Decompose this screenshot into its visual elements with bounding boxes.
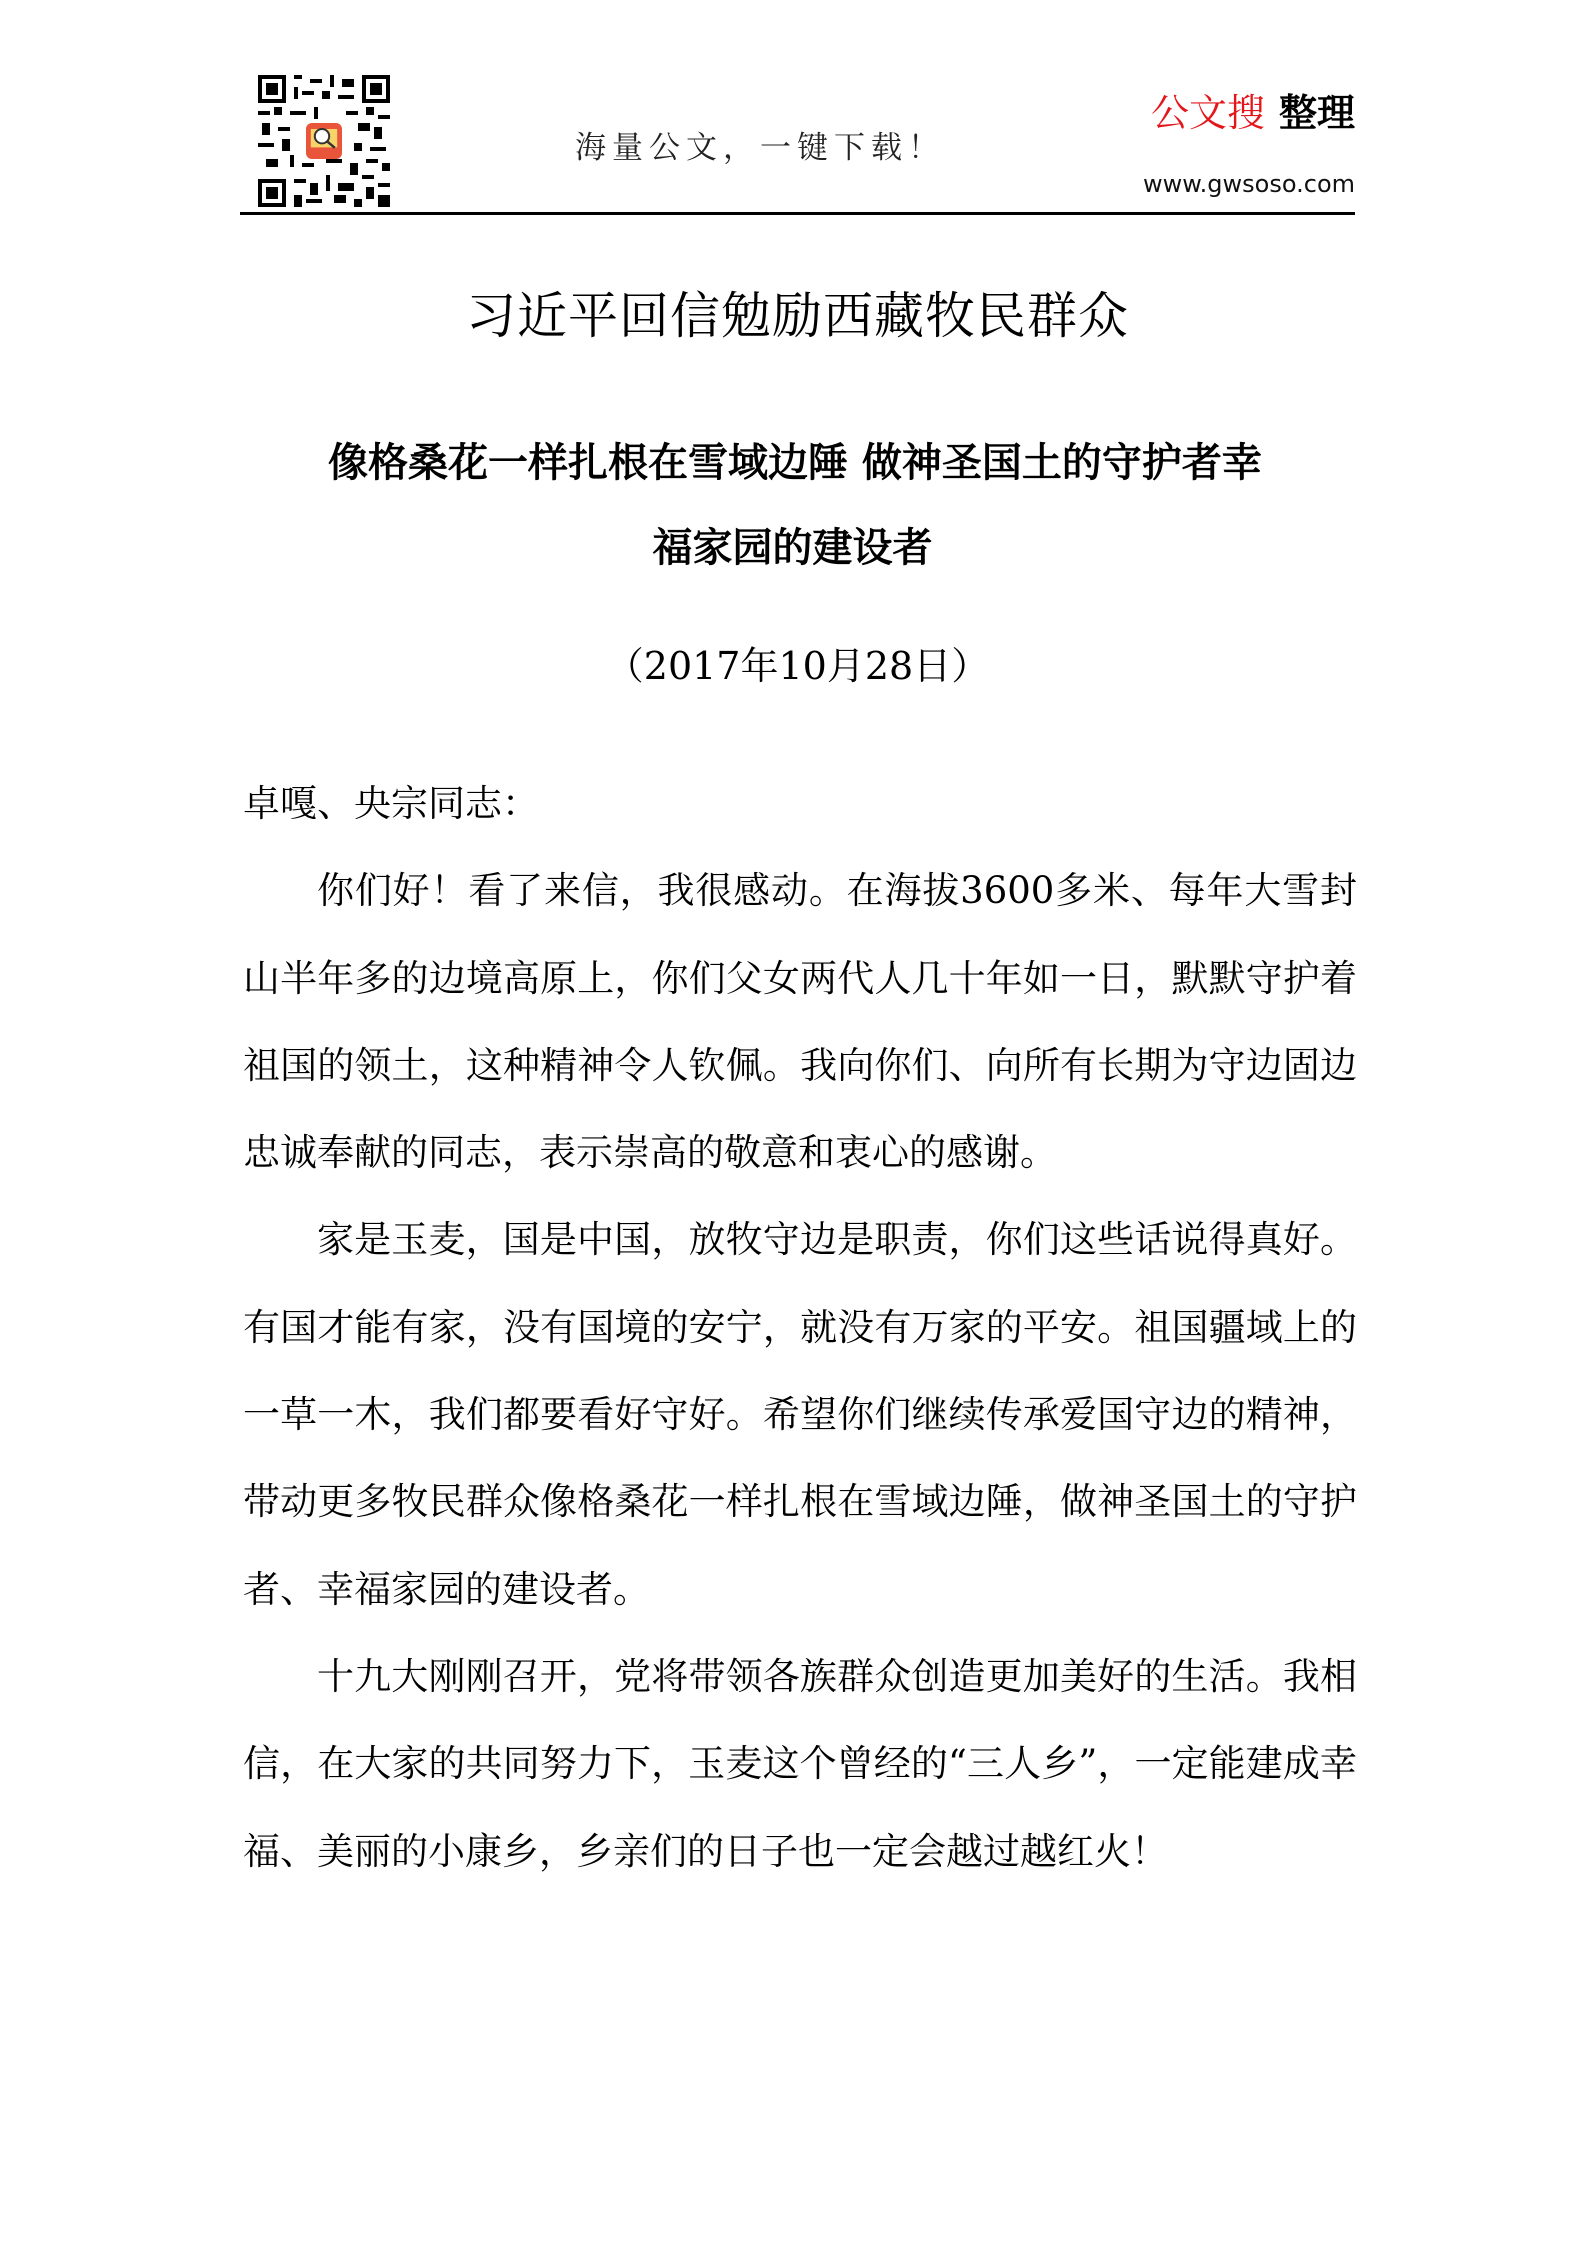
brand-suffix: 整理	[1279, 91, 1355, 135]
subtitle-line-1: 像格桑花一样扎根在雪域边陲 做神圣国土的守护者幸	[300, 420, 1355, 505]
paragraph: 家是玉麦，国是中国，放牧守边是职责，你们这些话说得真好。有国才能有家，没有国境的…	[243, 1196, 1357, 1632]
salutation: 卓嘎、央宗同志：	[243, 760, 1357, 847]
brand-logo: 公文搜整理	[1151, 82, 1355, 137]
header-divider	[240, 212, 1355, 215]
brand-name: 公文搜	[1151, 91, 1265, 135]
qr-code-icon	[258, 75, 390, 207]
document-date: （2017年10月28日）	[240, 635, 1355, 690]
slogan: 海量公文，一键下载！	[560, 122, 960, 167]
paragraph: 你们好！看了来信，我很感动。在海拔3600多米、每年大雪封山半年多的边境高原上，…	[243, 847, 1357, 1196]
qr-code	[258, 75, 390, 207]
subtitle-line-2: 福家园的建设者	[230, 505, 1355, 590]
document-body: 卓嘎、央宗同志： 你们好！看了来信，我很感动。在海拔3600多米、每年大雪封山半…	[243, 760, 1357, 1895]
paragraph: 十九大刚刚召开，党将带领各族群众创造更加美好的生活。我相信，在大家的共同努力下，…	[243, 1633, 1357, 1895]
website-url[interactable]: www.gwsoso.com	[1143, 170, 1355, 198]
document-subtitle: 像格桑花一样扎根在雪域边陲 做神圣国土的守护者幸 福家园的建设者	[300, 420, 1355, 590]
document-title: 习近平回信勉励西藏牧民群众	[240, 276, 1355, 348]
